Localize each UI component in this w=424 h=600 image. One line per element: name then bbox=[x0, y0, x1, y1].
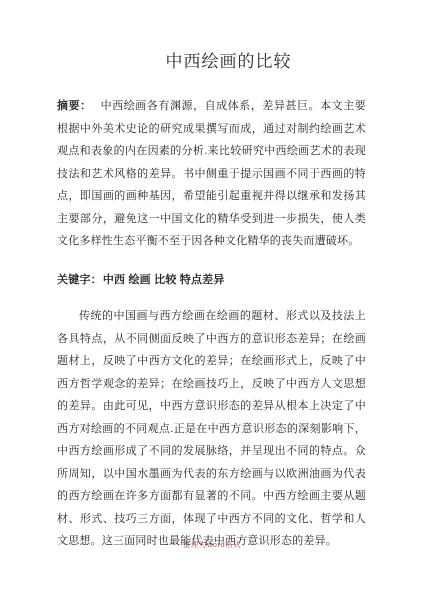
keywords-label: 关键字： bbox=[57, 274, 102, 286]
keywords-text: 中西 绘画 比较 特点差异 bbox=[103, 274, 225, 286]
abstract-text: 中西绘画各有渊源，自成体系，差异甚巨。本文主要根据中外美术史论的研究成果撰写而成… bbox=[57, 100, 366, 247]
document-page: 中西绘画的比较 摘要：中西绘画各有渊源，自成体系，差异甚巨。本文主要根据中外美术… bbox=[0, 0, 424, 600]
footer-watermark: 整理为word格式 bbox=[0, 540, 424, 550]
abstract-label: 摘要： bbox=[57, 100, 92, 112]
body-paragraph: 传统的中国画与西方绘画在绘画的题材、形式以及技法上各具特点，从不同侧面反映了中西… bbox=[57, 305, 366, 553]
abstract-paragraph: 摘要：中西绘画各有渊源，自成体系，差异甚巨。本文主要根据中外美术史论的研究成果撰… bbox=[57, 95, 366, 253]
page-title: 中西绘画的比较 bbox=[57, 52, 366, 72]
keywords-line: 关键字：中西 绘画 比较 特点差异 bbox=[57, 269, 366, 292]
